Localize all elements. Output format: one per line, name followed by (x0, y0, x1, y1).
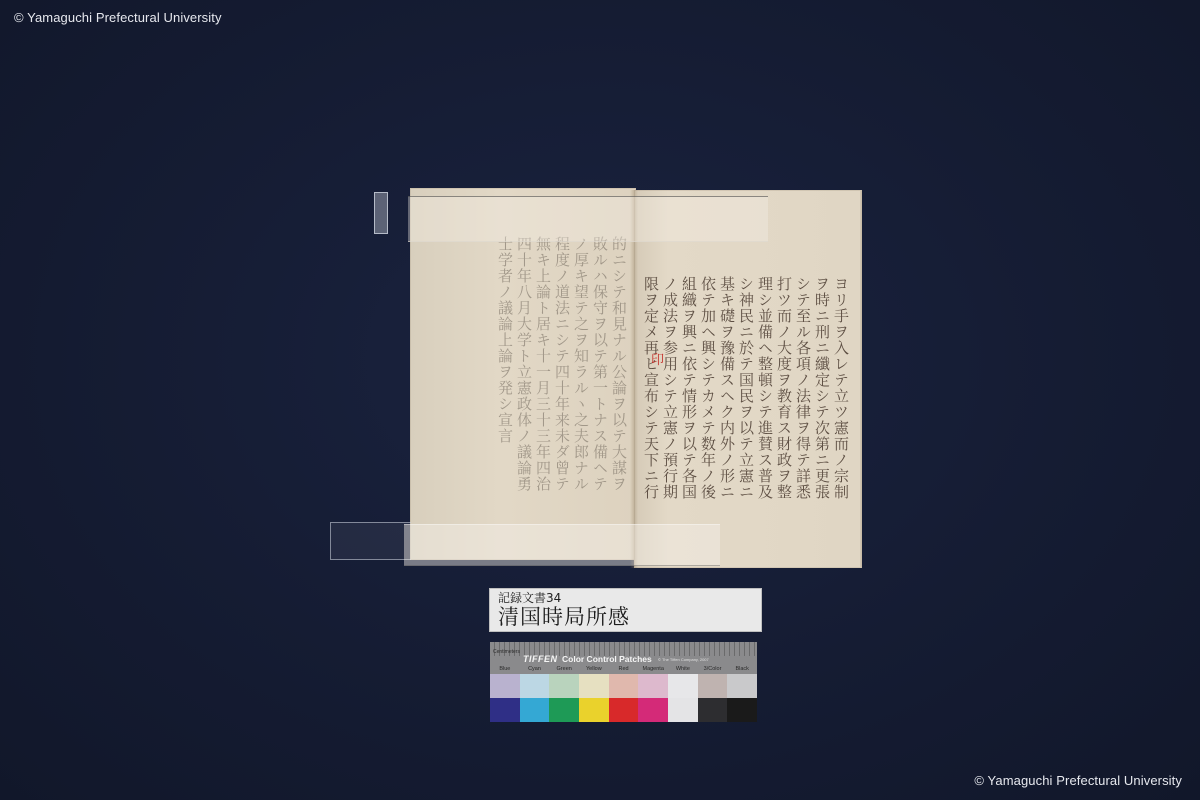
top-acrylic-clip-edge (374, 192, 388, 234)
strip-copyright: © The Tiffen Company, 2007 (658, 657, 709, 662)
bottom-acrylic-clip (404, 524, 720, 566)
caption-title: 清国時局所感 (498, 605, 761, 629)
color-patch-dark (668, 698, 698, 722)
patch-label: Yellow (579, 666, 609, 672)
patch-column-3-color (698, 674, 728, 722)
caption-series: 記録文書34 (498, 591, 761, 605)
patch-label: White (668, 666, 698, 672)
left-page-text: 的ニシテ和見ナル公論ヲ以テ大謀ヲ敗ルハ保守ヲ以テ第一トナス備ヘテノ厚キ望テ之ヲ知… (420, 236, 628, 501)
caption-label: 記録文書34 清国時局所感 (489, 588, 762, 632)
patch-column-yellow (579, 674, 609, 722)
book-gutter (630, 190, 638, 568)
patch-label: Red (609, 666, 639, 672)
color-patch-dark (609, 698, 639, 722)
color-patch-dark (549, 698, 579, 722)
color-patch-light (727, 674, 757, 698)
color-patch-light (698, 674, 728, 698)
color-patches (490, 674, 757, 722)
red-seal-mark: 印 (651, 349, 664, 368)
patch-column-black (727, 674, 757, 722)
credit-bottom-right: © Yamaguchi Prefectural University (974, 773, 1182, 788)
patch-label: Black (727, 666, 757, 672)
color-patch-light (579, 674, 609, 698)
patch-labels: BlueCyanGreenYellowRedMagentaWhite3/Colo… (490, 666, 757, 672)
right-page-text: ヨリ手ヲ入レテ立ツ憲而ノ宗制ヲ時ニ刑ニ纖定シテ次第ニ更張シテ至ル各項ノ法律ヲ得テ… (644, 276, 850, 511)
patch-label: Green (549, 666, 579, 672)
patch-label: Magenta (638, 666, 668, 672)
ruler-label: Centimeters (493, 649, 520, 655)
patch-column-white (668, 674, 698, 722)
patch-label: 3/Color (698, 666, 728, 672)
color-patch-dark (638, 698, 668, 722)
credit-top-left: © Yamaguchi Prefectural University (14, 10, 222, 25)
color-patch-light (549, 674, 579, 698)
manuscript: 的ニシテ和見ナル公論ヲ以テ大謀ヲ敗ルハ保守ヲ以テ第一トナス備ヘテノ厚キ望テ之ヲ知… (408, 186, 863, 571)
patch-label: Blue (490, 666, 520, 672)
color-patch-light (490, 674, 520, 698)
patch-column-red (609, 674, 639, 722)
strip-title: Color Control Patches (562, 654, 652, 664)
strip-brand: TIFFEN (523, 654, 558, 664)
color-patch-dark (490, 698, 520, 722)
color-patch-dark (579, 698, 609, 722)
color-patch-light (609, 674, 639, 698)
color-control-strip: Centimeters TIFFEN Color Control Patches… (490, 642, 757, 722)
patch-column-green (549, 674, 579, 722)
bottom-acrylic-clip-edge (330, 522, 411, 560)
color-patch-light (638, 674, 668, 698)
color-patch-light (668, 674, 698, 698)
color-patch-dark (520, 698, 550, 722)
patch-column-cyan (520, 674, 550, 722)
color-patch-dark (698, 698, 728, 722)
patch-column-blue (490, 674, 520, 722)
top-acrylic-clip (408, 196, 768, 242)
patch-label: Cyan (520, 666, 550, 672)
patch-column-magenta (638, 674, 668, 722)
color-patch-dark (727, 698, 757, 722)
color-patch-light (520, 674, 550, 698)
